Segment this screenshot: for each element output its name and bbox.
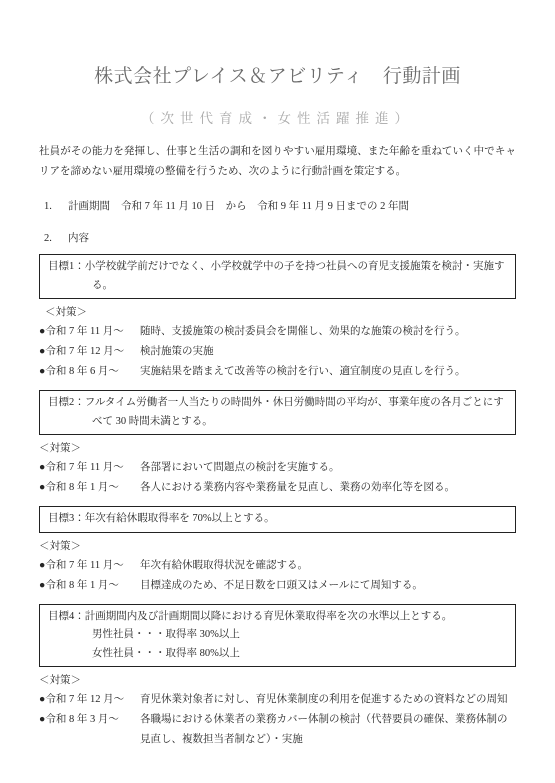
content-heading-number: 2. (39, 231, 68, 246)
intro-paragraph: 社員がその能力を発揮し、仕事と生活の調和を図りやすい雇用環境、また年齢を重ねてい… (39, 142, 516, 182)
content-heading-line: 2.内容 (39, 231, 516, 246)
measure-item: ●令和 8 年 6 月～ 実施結果を踏まえて改善等の検討を行い、適宜制度の見直し… (39, 362, 516, 382)
measure-text: 目標達成のため、不足日数を口頭又はメールにて周知する。 (140, 576, 516, 596)
goal-4-measures: ●令和 7 年 12 月～ 育児休業対象者に対し、育児休業制度の利用を促進するた… (39, 690, 516, 750)
goal-2-measures-heading: ＜対策＞ (39, 440, 516, 458)
measure-date: ●令和 8 年 6 月～ (39, 362, 140, 382)
measure-item: ●令和 7 年 12 月～ 育児休業対象者に対し、育児休業制度の利用を促進するた… (39, 690, 516, 710)
plan-period-number: 1. (39, 199, 68, 214)
plan-period-label: 計画期間 (68, 201, 110, 212)
goal-1-measures-heading: ＜対策＞ (39, 304, 516, 322)
goal-1-measures: ●令和 7 年 11 月～ 随時、支援施策の検討委員会を開催し、効果的な施策の検… (39, 322, 516, 382)
measure-item: ●令和 8 年 3 月～ 各職場における休業者の業務カバー体制の検討（代替要員の… (39, 710, 516, 750)
goal-3-box: 目標3：年次有給休暇取得率を 70%以上とする。 (39, 506, 516, 533)
measure-date: ●令和 7 年 11 月～ (39, 556, 140, 576)
measure-text: 各部署において問題点の検討を実施する。 (140, 458, 516, 478)
measure-date: ●令和 7 年 11 月～ (39, 322, 140, 342)
measure-text: 随時、支援施策の検討委員会を開催し、効果的な施策の検討を行う。 (140, 322, 516, 342)
measure-date: ●令和 8 年 1 月～ (39, 478, 140, 498)
measure-text: 検討施策の実施 (140, 342, 516, 362)
measure-text: 年次有給休暇取得状況を確認する。 (140, 556, 516, 576)
measure-item: ●令和 8 年 1 月～ 各人における業務内容や業務量を見直し、業務の効率化等を… (39, 478, 516, 498)
goal-2-box: 目標2：フルタイム労働者一人当たりの時間外・休日労働時間の平均が、事業年度の各月… (39, 390, 516, 435)
goal-1-text: 目標1：小学校就学前だけでなく、小学校就学中の子を持つ社員への育児支援施策を検討… (48, 258, 507, 295)
measure-item: ●令和 8 年 1 月～ 目標達成のため、不足日数を口頭又はメールにて周知する。 (39, 576, 516, 596)
goal-3-measures-heading: ＜対策＞ (39, 538, 516, 556)
measure-date: ●令和 7 年 12 月～ (39, 342, 140, 362)
goal-1-box: 目標1：小学校就学前だけでなく、小学校就学中の子を持つ社員への育児支援施策を検討… (39, 254, 516, 299)
document-title: 株式会社プレイス＆アビリティ 行動計画 (39, 64, 516, 90)
plan-period-value: 令和 7 年 11 月 10 日 から 令和 9 年 11 月 9 日までの 2… (121, 201, 409, 212)
goal-4-text: 目標4：計画期間内及び計画期間以降における育児休業取得率を次の水準以上とする。 (48, 608, 507, 627)
goal-2-line-1: フルタイム労働者一人当たりの時間外・休日労働時間の平均が、事業年度の各月ごとにす… (85, 397, 504, 427)
measure-item: ●令和 7 年 12 月～ 検討施策の実施 (39, 342, 516, 362)
goal-4-line-1: 計画期間内及び計画期間以降における育児休業取得率を次の水準以上とする。 (85, 611, 453, 622)
goal-4-line-2: 男性社員・・・取得率 30%以上 (92, 626, 507, 645)
goal-1-label: 目標1： (48, 261, 85, 272)
measure-date: ●令和 7 年 12 月～ (39, 690, 140, 710)
measure-text: 各職場における休業者の業務カバー体制の検討（代替要員の確保、業務体制の見直し、複… (140, 710, 516, 750)
goal-4-line-3: 女性社員・・・取得率 80%以上 (92, 645, 507, 664)
measure-date: ●令和 8 年 3 月～ (39, 710, 140, 750)
goal-2-measures: ●令和 7 年 11 月～ 各部署において問題点の検討を実施する。 ●令和 8 … (39, 458, 516, 498)
measure-date: ●令和 8 年 1 月～ (39, 576, 140, 596)
goal-3-measures: ●令和 7 年 11 月～ 年次有給休暇取得状況を確認する。 ●令和 8 年 1… (39, 556, 516, 596)
measure-text: 実施結果を踏まえて改善等の検討を行い、適宜制度の見直しを行う。 (140, 362, 516, 382)
goal-4-measures-heading: ＜対策＞ (39, 672, 516, 690)
content-heading-label: 内容 (68, 233, 89, 244)
goal-1-line-1: 小学校就学前だけでなく、小学校就学中の子を持つ社員への育児支援施策を検討・実施す… (85, 261, 505, 291)
document-subtitle: （次世代育成・女性活躍推進） (39, 110, 516, 128)
goal-3-line-1: 年次有給休暇取得率を 70%以上とする。 (85, 513, 275, 524)
goal-4-box: 目標4：計画期間内及び計画期間以降における育児休業取得率を次の水準以上とする。 … (39, 604, 516, 668)
plan-period-line: 1.計画期間令和 7 年 11 月 10 日 から 令和 9 年 11 月 9 … (39, 199, 516, 214)
measure-text: 各人における業務内容や業務量を見直し、業務の効率化等を図る。 (140, 478, 516, 498)
measure-item: ●令和 7 年 11 月～ 年次有給休暇取得状況を確認する。 (39, 556, 516, 576)
goal-3-label: 目標3： (48, 513, 85, 524)
measure-date: ●令和 7 年 11 月～ (39, 458, 140, 478)
document-page: 株式会社プレイス＆アビリティ 行動計画 （次世代育成・女性活躍推進） 社員がその… (0, 0, 555, 783)
goal-2-label: 目標2： (48, 397, 85, 408)
goal-3-text: 目標3：年次有給休暇取得率を 70%以上とする。 (48, 510, 507, 529)
goal-4-label: 目標4： (48, 611, 85, 622)
measure-item: ●令和 7 年 11 月～ 各部署において問題点の検討を実施する。 (39, 458, 516, 478)
measure-text: 育児休業対象者に対し、育児休業制度の利用を促進するための資料などの周知 (140, 690, 516, 710)
goal-2-text: 目標2：フルタイム労働者一人当たりの時間外・休日労働時間の平均が、事業年度の各月… (48, 394, 507, 431)
measure-item: ●令和 7 年 11 月～ 随時、支援施策の検討委員会を開催し、効果的な施策の検… (39, 322, 516, 342)
